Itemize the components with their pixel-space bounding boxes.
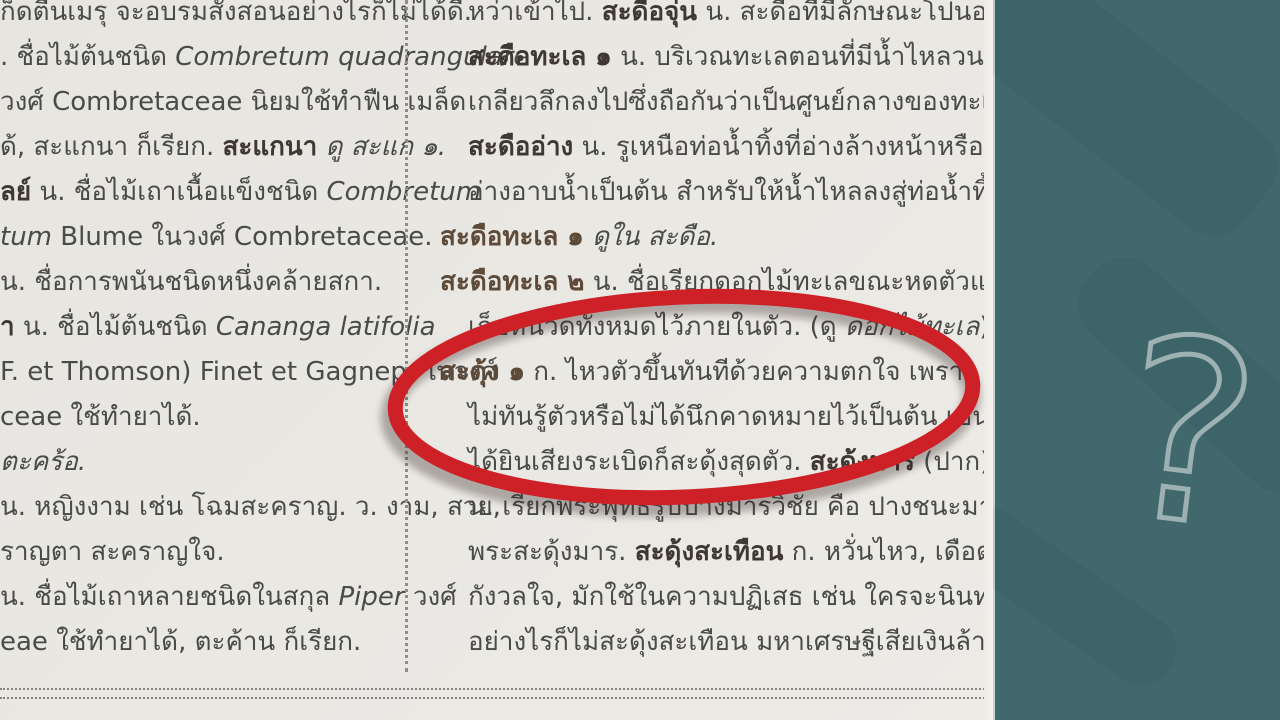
text-segment: สะดือทะเล ๑ (468, 42, 612, 72)
text-segment: สะดุ้งสะเทือน (635, 537, 784, 567)
text-line: สะดือทะเล ๑ ดูใน สะดือ. (440, 215, 990, 260)
text-segment: น. ชื่อไม้เถาหลายชนิดในสกุล (0, 582, 339, 612)
text-segment: . ชื่อไม้ต้นชนิด (0, 42, 175, 72)
text-line: ลย์ น. ชื่อไม้เถาเนื้อแข็งชนิด Combretum (0, 170, 404, 215)
text-segment: eae ใช้ทำยาได้, ตะค้าน ก็เรียก. (0, 627, 361, 657)
text-segment: หว่าเข้าไป. (468, 0, 602, 27)
text-segment: สะแกนา (223, 132, 318, 162)
text-segment: Piper (339, 582, 405, 612)
text-segment: ก. ไหวตัวขึ้นทันทีด้วยความตกใจ เพราะ (525, 357, 977, 387)
text-line: eae ใช้ทำยาได้, ตะค้าน ก็เรียก. (0, 620, 404, 665)
text-segment: น. เรียกพระพุทธรูปปางมารวิชัย คือ ปางชนะ… (468, 492, 1045, 522)
text-line: ก็ดตีนเมรุ จะอบรมสั่งสอนอย่างไรก็ไม่ได้ด… (0, 0, 404, 35)
text-segment: สะดือจุ่น (602, 0, 697, 27)
text-segment: (ปาก) (915, 447, 990, 477)
text-segment: ดู สะแก ๑. (325, 132, 446, 162)
text-line: F. et Thomson) Finet et Gagnep. ในวงศ์ (0, 350, 404, 395)
dictionary-page: ก็ดตีนเมรุ จะอบรมสั่งสอนอย่างไรก็ไม่ได้ด… (0, 0, 993, 720)
question-mark-icon: ? (993, 0, 1280, 720)
text-segment: วงศ์ Combretaceae นิยมใช้ทำฟืน เมล็ด (0, 87, 466, 117)
text-line: หว่าเข้าไป. สะดือจุ่น น. สะดือที่มีลักษณ… (440, 0, 990, 35)
text-line: ceae ใช้ทำยาได้. (0, 395, 404, 440)
text-segment: อ่างอาบน้ำเป็นต้น สำหรับให้น้ำไหลลงสู่ท่… (468, 177, 1010, 207)
text-line: น. ชื่อไม้เถาหลายชนิดในสกุล Piper วงศ์ (0, 575, 404, 620)
text-line: ไม่ทันรู้ตัวหรือไม่ได้นึกคาดหมายไว้เป็นต… (440, 395, 990, 440)
column-divider-dotted (405, 0, 408, 672)
text-segment: ก็ดตีนเมรุ จะอบรมสั่งสอนอย่างไรก็ไม่ได้ด… (0, 0, 472, 27)
text-segment: ดอกไม้ทะเล (845, 312, 979, 342)
page-edge-highlight (984, 0, 993, 720)
text-segment: เก็บหนวดทั้งหมดไว้ภายในตัว. (ดู (468, 312, 845, 342)
text-segment: สะดุ้งมาร (810, 447, 915, 477)
text-line: ตะคร้อ. (0, 440, 404, 485)
text-segment: ดูใน สะดือ. (592, 222, 718, 252)
text-line: เก็บหนวดทั้งหมดไว้ภายในตัว. (ดู ดอกไม้ทะ… (440, 305, 990, 350)
text-line: อย่างไรก็ไม่สะดุ้งสะเทือน มหาเศรษฐีเสียเ… (440, 620, 990, 665)
text-segment: ceae ใช้ทำยาได้. (0, 402, 201, 432)
text-line: สะดืออ่าง น. รูเหนือท่อน้ำทิ้งที่อ่างล้า… (440, 125, 990, 170)
entry-headword: สะดือทะเล ๒ (440, 267, 584, 297)
svg-text:?: ? (1105, 281, 1272, 586)
text-segment: ราญตา สะคราญใจ. (0, 537, 225, 567)
text-line: น. หญิงงาม เช่น โฉมสะคราญ. ว. งาม, สวย, (0, 485, 404, 530)
text-line: กังวลใจ, มักใช้ในความปฏิเสธ เช่น ใครจะนิ… (440, 575, 990, 620)
text-line: น. ชื่อการพนันชนิดหนึ่งคล้ายสกา. (0, 260, 404, 305)
text-line: ด้, สะแกนา ก็เรียก. สะแกนา ดู สะแก ๑. (0, 125, 404, 170)
text-segment: F. et Thomson) Finet et Gagnep. ในวงศ์ (0, 357, 498, 387)
text-segment: ได้ยินเสียงระเบิดก็สะดุ้งสุดตัว. (468, 447, 810, 477)
text-segment: ลย์ (0, 177, 31, 207)
entry-headword: สะดุ้ง ๑ (440, 357, 525, 387)
text-line: สะดือทะเล ๑ น. บริเวณทะเลตอนที่มีน้ำไหลว… (440, 35, 990, 80)
text-segment: น. บริเวณทะเลตอนที่มีน้ำไหลวนเป็น (612, 42, 1027, 72)
bottom-dotted-rule (0, 688, 988, 699)
text-line: ราญตา สะคราญใจ. (0, 530, 404, 575)
text-line: เกลียวลึกลงไปซึ่งถือกันว่าเป็นศูนย์กลางข… (440, 80, 990, 125)
text-segment: น. ชื่อไม้เถาเนื้อแข็งชนิด (31, 177, 326, 207)
left-column: ก็ดตีนเมรุ จะอบรมสั่งสอนอย่างไรก็ไม่ได้ด… (0, 0, 404, 665)
text-segment: า (0, 312, 15, 342)
text-segment: น. ชื่อเรียกดอกไม้ทะเลขณะหดตัวและ (584, 267, 1016, 297)
text-line: สะดือทะเล ๒ น. ชื่อเรียกดอกไม้ทะเลขณะหดต… (440, 260, 990, 305)
text-segment: ด้, สะแกนา ก็เรียก. (0, 132, 223, 162)
right-column: หว่าเข้าไป. สะดือจุ่น น. สะดือที่มีลักษณ… (440, 0, 990, 665)
text-line: พระสะดุ้งมาร. สะดุ้งสะเทือน ก. หวั่นไหว,… (440, 530, 990, 575)
text-segment: น. ชื่อไม้ต้นชนิด (15, 312, 216, 342)
text-line: tum Blume ในวงศ์ Combretaceae. (0, 215, 404, 260)
text-segment: สะดืออ่าง (468, 132, 573, 162)
text-segment: เกลียวลึกลงไปซึ่งถือกันว่าเป็นศูนย์กลางข… (468, 87, 1015, 117)
text-line: . ชื่อไม้ต้นชนิด Combretum quadrangulare (0, 35, 404, 80)
text-segment: น. หญิงงาม เช่น โฉมสะคราญ. ว. งาม, สวย, (0, 492, 501, 522)
book-cover-panel: ? (993, 0, 1280, 720)
text-segment: Blume ในวงศ์ Combretaceae. (52, 222, 433, 252)
text-line: สะดุ้ง ๑ ก. ไหวตัวขึ้นทันทีด้วยความตกใจ … (440, 350, 990, 395)
text-segment: ตะคร้อ. (0, 447, 86, 477)
text-segment: tum (0, 222, 52, 252)
text-segment: น. ชื่อการพนันชนิดหนึ่งคล้ายสกา. (0, 267, 382, 297)
text-segment: Cananga latifolia (216, 312, 436, 342)
entry-headword: สะดือทะเล ๑ (440, 222, 584, 252)
text-line: ได้ยินเสียงระเบิดก็สะดุ้งสุดตัว. สะดุ้งม… (440, 440, 990, 485)
text-line: วงศ์ Combretaceae นิยมใช้ทำฟืน เมล็ด (0, 80, 404, 125)
text-segment: น. รูเหนือท่อน้ำทิ้งที่อ่างล้างหน้าหรือ (573, 132, 983, 162)
text-segment: ไม่ทันรู้ตัวหรือไม่ได้นึกคาดหมายไว้เป็นต… (468, 402, 1040, 432)
text-line: น. เรียกพระพุทธรูปปางมารวิชัย คือ ปางชนะ… (440, 485, 990, 530)
text-line: า น. ชื่อไม้ต้นชนิด Cananga latifolia (0, 305, 404, 350)
text-segment: พระสะดุ้งมาร. (468, 537, 635, 567)
text-line: อ่างอาบน้ำเป็นต้น สำหรับให้น้ำไหลลงสู่ท่… (440, 170, 990, 215)
text-segment (584, 222, 592, 252)
